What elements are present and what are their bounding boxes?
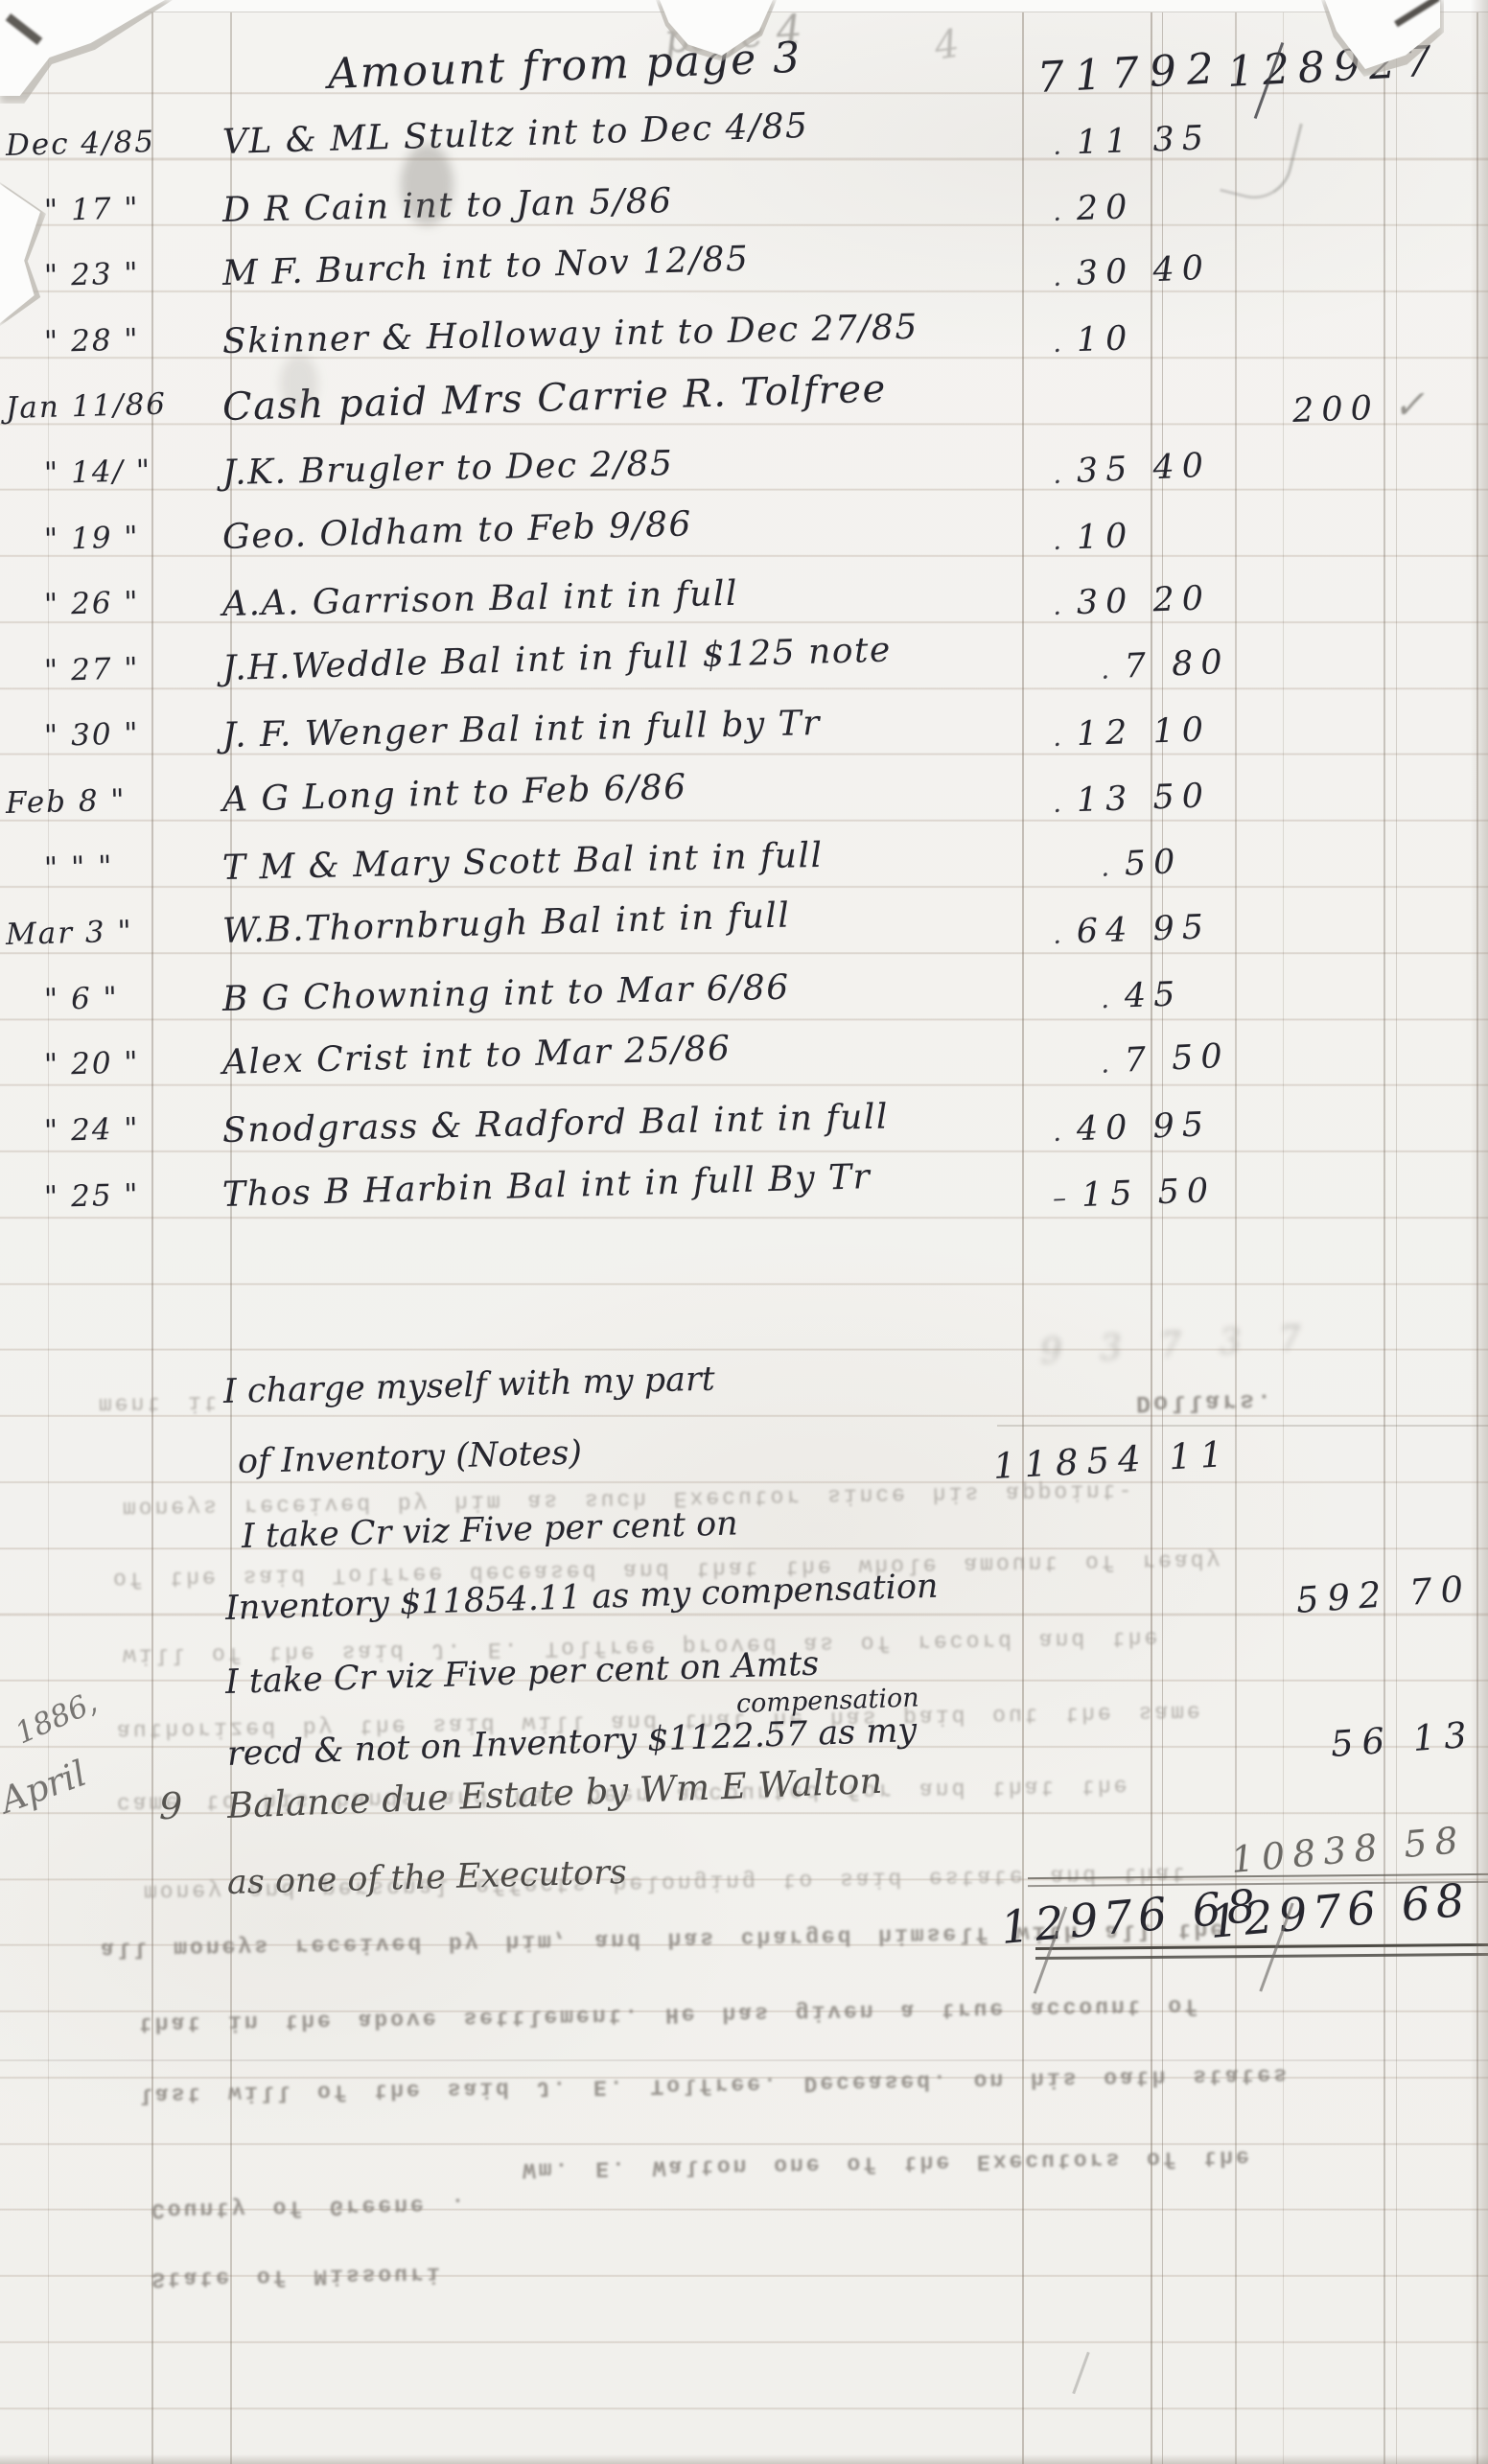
row-description: A.A. Garrison Bal int in full [222,574,739,624]
entry-dot: . [1100,1048,1109,1080]
statement-line: I charge myself with my part [222,1360,715,1411]
scan-right-edge [1471,0,1488,2464]
entry-dot: . [1052,590,1061,621]
row-date: Mar 3 " [6,913,213,953]
entry-dot: . [1052,918,1061,950]
entry-dot: . [1100,653,1109,685]
erased-pencil-figures: 9 3 7 3 7 [1039,1318,1315,1372]
table-row: Feb 8 " A G Long int to Feb 6/86 .13 50 [0,779,1488,845]
row-amount-col1: .7 50 [1052,1034,1308,1083]
row-amount-col1: .45 [1052,970,1307,1017]
row-amount-col1: .11 35 [1052,118,1259,163]
table-row: " 20 " Alex Crist int to Mar 25/86 .7 50 [0,1041,1488,1107]
header-amount-col1: 71792 [1036,44,1225,103]
row-amount-col1: .30 40 [1052,246,1260,294]
row-amount-col1: .64 95 [1052,907,1259,952]
table-row: Mar 3 " W.B.Thornbrugh Bal int in full .… [0,910,1488,976]
row-description: VL & ML Stultz int to Dec 4/85 [221,106,808,162]
row-date: " " " [6,846,251,887]
entry-dash: – [1052,1181,1066,1213]
row-amount-col1: .30 20 [1052,578,1259,623]
statement-amount-col2: 592 70 [1295,1568,1474,1621]
statement-line: of Inventory (Notes) [237,1434,582,1481]
table-row: " 19 " Geo. Oldham to Feb 9/86 .10 [0,516,1488,582]
statement-amount-col2: 56 13 [1330,1714,1477,1765]
row-date: Feb 8 " [6,780,213,821]
row-description: J. F. Wenger Bal int in full by Tr [222,704,822,755]
row-date: " 30 " [6,714,251,755]
ledger-rows: Dec 4/85 VL & ML Stultz int to Dec 4/85 … [0,121,1488,1239]
row-amount-col1: .20 [1052,183,1259,228]
entry-dot: . [1100,850,1109,882]
table-row: " 25 " Thos B Harbin Bal int in full By … [0,1174,1488,1240]
row-amount-col2: 200✓ [1291,381,1488,431]
bleedthrough-fragment: ment it [99,1390,221,1417]
ink-smudge [401,144,453,225]
ink-smudge [280,355,318,412]
row-date: " 14/ " [6,451,251,492]
entry-dot: . [1052,721,1061,753]
bleedthrough-line: State of Missouri [151,2262,443,2291]
entry-dot: . [1052,261,1061,292]
row-date: " 25 " [6,1174,251,1216]
entry-dot: . [1052,1116,1061,1148]
pencil-check-mark: ✓ [1392,384,1426,429]
margin-year: 1886, [11,1685,103,1751]
table-row: " 23 " M F. Burch int to Nov 12/85 .30 4… [0,252,1488,318]
row-amount-col1: .13 50 [1052,775,1259,820]
row-description: B G Chowning int to Mar 6/86 [222,967,790,1018]
row-amount-col1: .7 80 [1052,639,1308,689]
row-amount-col1: .35 40 [1052,444,1260,492]
table-row: " 27 " J.H.Weddle Bal int in full $125 n… [0,647,1488,713]
bleedthrough-line: last will of the said J. E. Tolfree. Dec… [139,2062,1290,2107]
entry-dot: . [1052,458,1061,490]
entry-dot: . [1052,129,1061,161]
scan-streak [997,1425,1488,1427]
total-rule [1035,1953,1488,1960]
entry-dot: . [1100,983,1109,1014]
bleedthrough-line: Wm. E. Walton one of the Executors of th… [523,2145,1252,2182]
ledger-scan-page: ment it Dollars. moneys received by him … [0,0,1488,2464]
margin-month: April [0,1753,92,1822]
row-amount-col1: .10 [1052,314,1259,360]
row-date: " 6 " [6,977,251,1018]
stray-pen-mark [1072,2352,1090,2394]
scan-bottom-edge [0,2454,1488,2464]
row-date: " 23 " [6,254,251,295]
row-date: " 28 " [6,319,251,360]
margin-day: 9 [159,1785,182,1827]
row-date: " 19 " [6,517,251,558]
row-amount-col1: .50 [1052,837,1308,887]
table-row: " 6 " B G Chowning int to Mar 6/86 .45 [0,976,1488,1042]
row-amount-col1: .12 10 [1052,709,1259,755]
row-date: Dec 4/85 [6,123,213,163]
row-amount-col1: .40 95 [1052,1104,1259,1149]
scan-streak [0,2059,1488,2061]
table-row: " 14/ " J.K. Brugler to Dec 2/85 .35 40 [0,450,1488,516]
row-date: " 27 " [6,648,251,689]
table-row: Dec 4/85 VL & ML Stultz int to Dec 4/85 … [0,121,1488,187]
table-row: Jan 11/86 Cash paid Mrs Carrie R. Tolfre… [0,384,1488,450]
bleedthrough-line: County of Greene . [151,2192,468,2222]
table-row: " 30 " J. F. Wenger Bal int in full by T… [0,712,1488,779]
entry-dot: . [1052,326,1061,358]
row-amount-col1: .10 [1052,512,1259,557]
row-amount-col1: –15 50 [1052,1170,1259,1215]
entry-dot: . [1052,787,1061,819]
statement-amount-col1: 11854 11 [992,1433,1232,1487]
entry-dot: . [1052,523,1061,555]
row-date: " 26 " [6,582,251,623]
bleedthrough-line: that in the above settlement. He has giv… [139,1993,1200,2036]
row-date: " 20 " [6,1043,251,1084]
statement-amount-col2: 10838 58 [1229,1819,1467,1881]
row-description: J.K. Brugler to Dec 2/85 [222,444,674,493]
bleedthrough-fragment: Dollars. [1136,1386,1275,1417]
entry-dot: . [1052,195,1061,226]
pencil-stray-mark: 4 [932,22,963,69]
row-date: Jan 11/86 [6,386,213,427]
row-date: " 24 " [6,1108,251,1150]
